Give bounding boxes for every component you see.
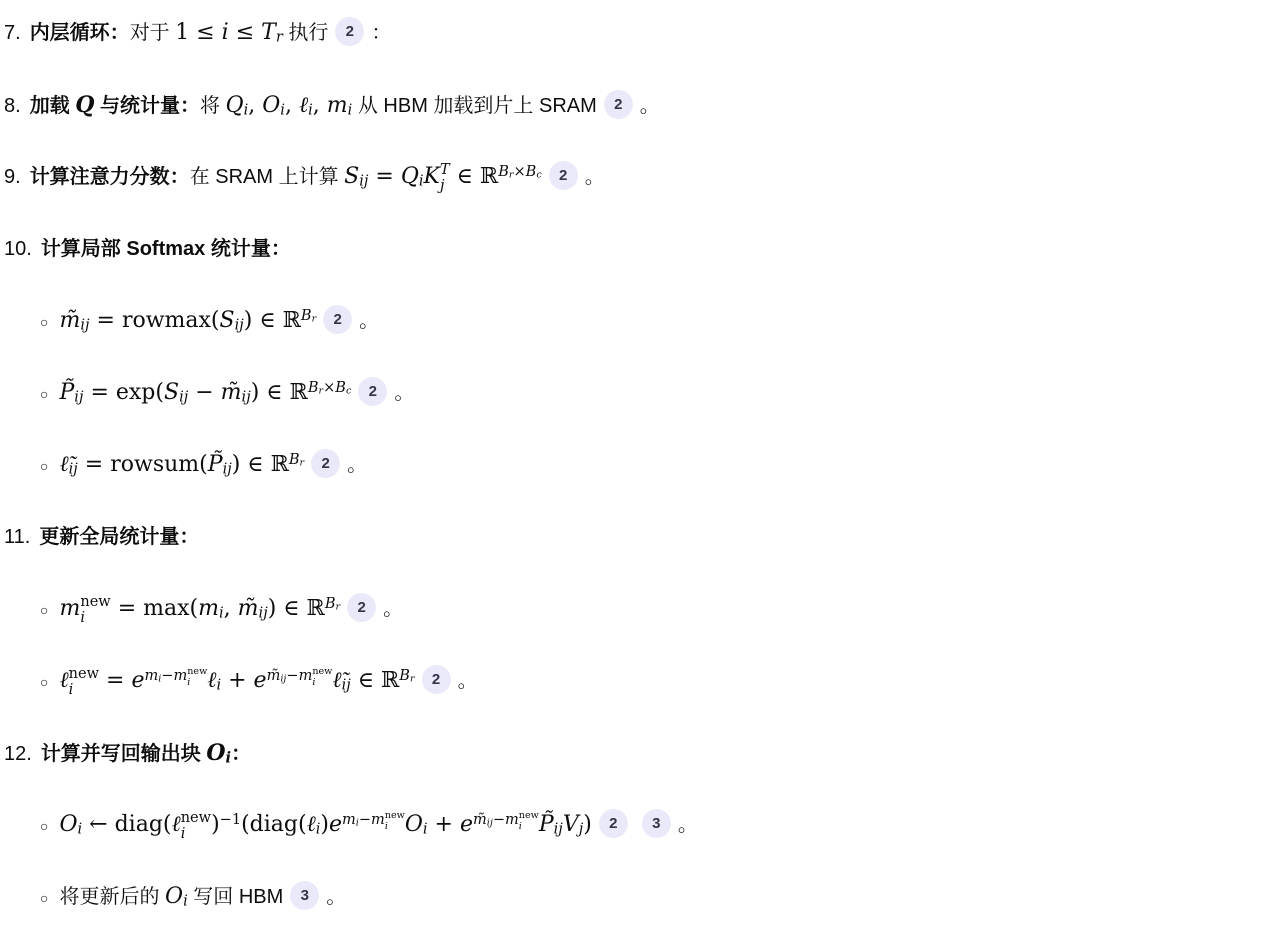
list-item: 8.加载 Q 与统计量：将 Qi, Oi, ℓi, mi 从 HBM 加载到片上… [0, 69, 1266, 141]
sub-list-item: ○ℓnewi = emi−mnewiℓi + em̃ij−mnewiℓ̃ij ∈… [0, 645, 1266, 717]
bullet-marker: ○ [40, 458, 48, 474]
text-run: 。 [678, 814, 698, 836]
bullet-marker: ○ [40, 386, 48, 402]
text-run: 对于 [130, 22, 176, 44]
list-item: 11.更新全局统计量： [0, 501, 1266, 573]
sub-list-item: ○Oi ← diag(ℓnewi)−1(diag(ℓi)emi−mnewiOi … [0, 789, 1266, 861]
text-run: 将更新后的 [59, 886, 165, 908]
sub-list-item: ○将更新后的 Oi 写回 HBM3。 [0, 861, 1266, 928]
bullet-marker: ○ [40, 602, 48, 618]
list-item: 12.计算并写回输出块 Oi： [0, 717, 1266, 789]
citation-badge[interactable]: 2 [335, 17, 364, 46]
document-body: 7.内层循环：对于 1 ≤ i ≤ Tr 执行2：8.加载 Q 与统计量：将 Q… [0, 0, 1266, 928]
text-run: 在 SRAM 上计算 [190, 166, 344, 188]
text-run: ： [371, 22, 391, 44]
number-marker: 7. [4, 22, 21, 44]
math-expression: 1 ≤ i ≤ Tr [175, 20, 283, 45]
citation-badge[interactable]: 2 [323, 305, 352, 334]
bold-text-run: 更新全局统计量： [39, 526, 199, 548]
number-marker: 12. [4, 743, 32, 765]
citation-badge[interactable]: 3 [642, 809, 671, 838]
text-run: 。 [326, 886, 346, 908]
bold-text-run: 内层循环： [30, 22, 130, 44]
math-expression: ℓnewi = emi−mnewiℓi + em̃ij−mnewiℓ̃ij ∈ … [59, 668, 414, 693]
sub-list-item: ○mnewi = max(mi, m̃ij) ∈ ℝBr2。 [0, 573, 1266, 645]
citation-badge[interactable]: 2 [347, 593, 376, 622]
math-expression: Sij = QiKTj ∈ ℝBr×Bc [344, 164, 542, 189]
text-run: 写回 HBM [188, 886, 284, 908]
sub-list-item: ○P̃ij = exp(Sij − m̃ij) ∈ ℝBr×Bc2。 [0, 357, 1266, 429]
citation-badge[interactable]: 2 [599, 809, 628, 838]
bullet-marker: ○ [40, 314, 48, 330]
math-expression: ℓ̃ij = rowsum(P̃ij) ∈ ℝBr [59, 452, 304, 477]
citation-badge[interactable]: 2 [604, 90, 633, 119]
math-expression: Oi [206, 740, 231, 766]
math-expression: mnewi = max(mi, m̃ij) ∈ ℝBr [59, 596, 340, 621]
bold-text-run: 计算局部 Softmax 统计量： [41, 238, 291, 260]
bold-text-run: 加载 [30, 95, 76, 117]
bold-text-run: 计算注意力分数： [30, 166, 190, 188]
bold-text-run: 计算并写回输出块 [41, 743, 207, 765]
bold-text-run: ： [231, 743, 251, 765]
math-expression: P̃ij = exp(Sij − m̃ij) ∈ ℝBr×Bc [59, 380, 351, 405]
text-run: 。 [394, 382, 414, 404]
citation-badge[interactable]: 2 [549, 161, 578, 190]
bullet-marker: ○ [40, 818, 48, 834]
math-expression: m̃ij = rowmax(Sij) ∈ ℝBr [59, 308, 316, 333]
math-expression: Oi ← diag(ℓnewi)−1(diag(ℓi)emi−mnewiOi +… [59, 812, 591, 837]
citation-badge[interactable]: 2 [422, 665, 451, 694]
bullet-marker: ○ [40, 674, 48, 690]
math-expression: Qi, Oi, ℓi, mi [226, 93, 353, 118]
number-marker: 8. [4, 95, 21, 117]
citation-badge[interactable]: 3 [290, 881, 319, 910]
text-run: 。 [458, 670, 478, 692]
citation-badge[interactable]: 2 [358, 377, 387, 406]
text-run: 执行 [283, 22, 329, 44]
number-marker: 10. [4, 238, 32, 260]
number-marker: 11. [4, 526, 30, 548]
sub-list-item: ○ℓ̃ij = rowsum(P̃ij) ∈ ℝBr2。 [0, 429, 1266, 501]
text-run: 。 [640, 95, 660, 117]
list-item: 10.计算局部 Softmax 统计量： [0, 213, 1266, 285]
citation-badge[interactable]: 2 [311, 449, 340, 478]
sub-list-item: ○m̃ij = rowmax(Sij) ∈ ℝBr2。 [0, 285, 1266, 357]
bullet-marker: ○ [40, 890, 48, 906]
text-run: 。 [383, 598, 403, 620]
text-run: 从 HBM 加载到片上 SRAM [352, 95, 596, 117]
math-expression: Oi [165, 884, 188, 909]
bold-text-run: 与统计量： [94, 95, 200, 117]
list-item: 7.内层循环：对于 1 ≤ i ≤ Tr 执行2： [0, 0, 1266, 69]
math-expression: Q [75, 92, 94, 118]
text-run: 。 [347, 454, 367, 476]
text-run: 。 [359, 310, 379, 332]
number-marker: 9. [4, 166, 21, 188]
content-list: 7.内层循环：对于 1 ≤ i ≤ Tr 执行2：8.加载 Q 与统计量：将 Q… [0, 0, 1266, 928]
text-run: 将 [200, 95, 226, 117]
text-run: 。 [585, 166, 605, 188]
list-item: 9.计算注意力分数：在 SRAM 上计算 Sij = QiKTj ∈ ℝBr×B… [0, 141, 1266, 213]
